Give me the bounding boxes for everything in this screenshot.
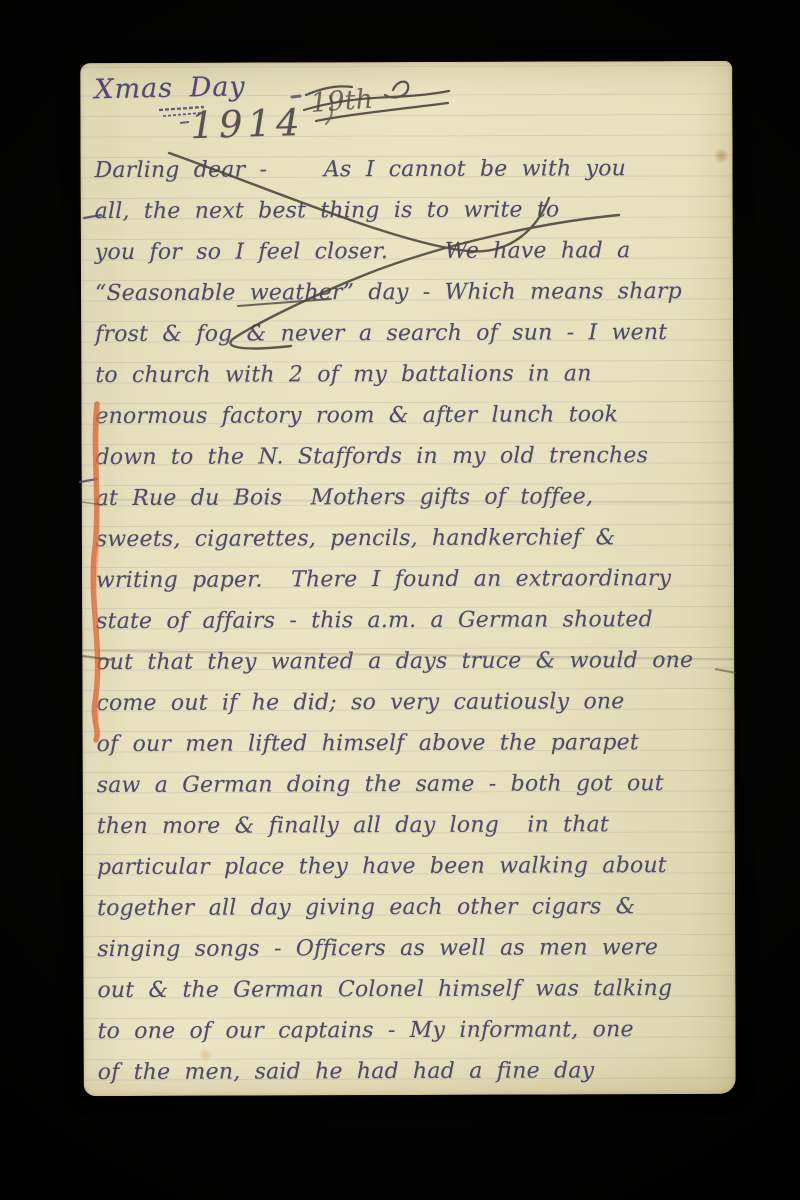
letter-paper: Xmas Day 1914 Darling dear - As I cannot… — [80, 61, 736, 1096]
letter-line: to church with 2 of my battalions in an — [95, 353, 727, 396]
letter-line: saw a German doing the same - both got o… — [97, 763, 729, 806]
heading-year: 1914 — [190, 101, 305, 147]
letter-line: of our men lifted himself above the para… — [97, 722, 729, 765]
letter-line: sweets, cigarettes, pencils, handkerchie… — [96, 517, 728, 560]
letter-line: you for so I feel closer. We have had a — [95, 230, 727, 273]
letter-line: then more & finally all day long in that — [97, 804, 729, 847]
letter-line: state of affairs - this a.m. a German sh… — [96, 599, 728, 642]
letter-body: Darling dear - As I cannot be with you a… — [95, 148, 730, 1093]
letter-line: at Rue du Bois Mothers gifts of toffee, — [96, 476, 728, 519]
heading-date: Xmas Day — [94, 71, 246, 105]
letter-line: down to the N. Staffords in my old trenc… — [96, 435, 728, 478]
letter-line: all, the next best thing is to write to — [95, 189, 727, 232]
letter-line: together all day giving each other cigar… — [97, 886, 729, 929]
letter-line: singing songs - Officers as well as men … — [97, 927, 729, 970]
letter-line: come out if he did; so very cautiously o… — [96, 681, 728, 724]
letter-line: out that they wanted a days truce & woul… — [96, 640, 728, 683]
letter-line: of the men, said he had had a fine day — [98, 1050, 730, 1093]
letter-line: to one of our captains - My informant, o… — [98, 1009, 730, 1052]
letter-line: enormous factory room & after lunch took — [95, 394, 727, 437]
letter-line: Darling dear - As I cannot be with you — [95, 148, 727, 191]
letter-line: frost & fog & never a search of sun - I … — [95, 312, 727, 355]
letter-line: particular place they have been walking … — [97, 845, 729, 888]
letter-line: “Seasonable weather” day - Which means s… — [95, 271, 727, 314]
letter-line: writing paper. There I found an extraord… — [96, 558, 728, 601]
letter-line: out & the German Colonel himself was tal… — [97, 968, 729, 1011]
